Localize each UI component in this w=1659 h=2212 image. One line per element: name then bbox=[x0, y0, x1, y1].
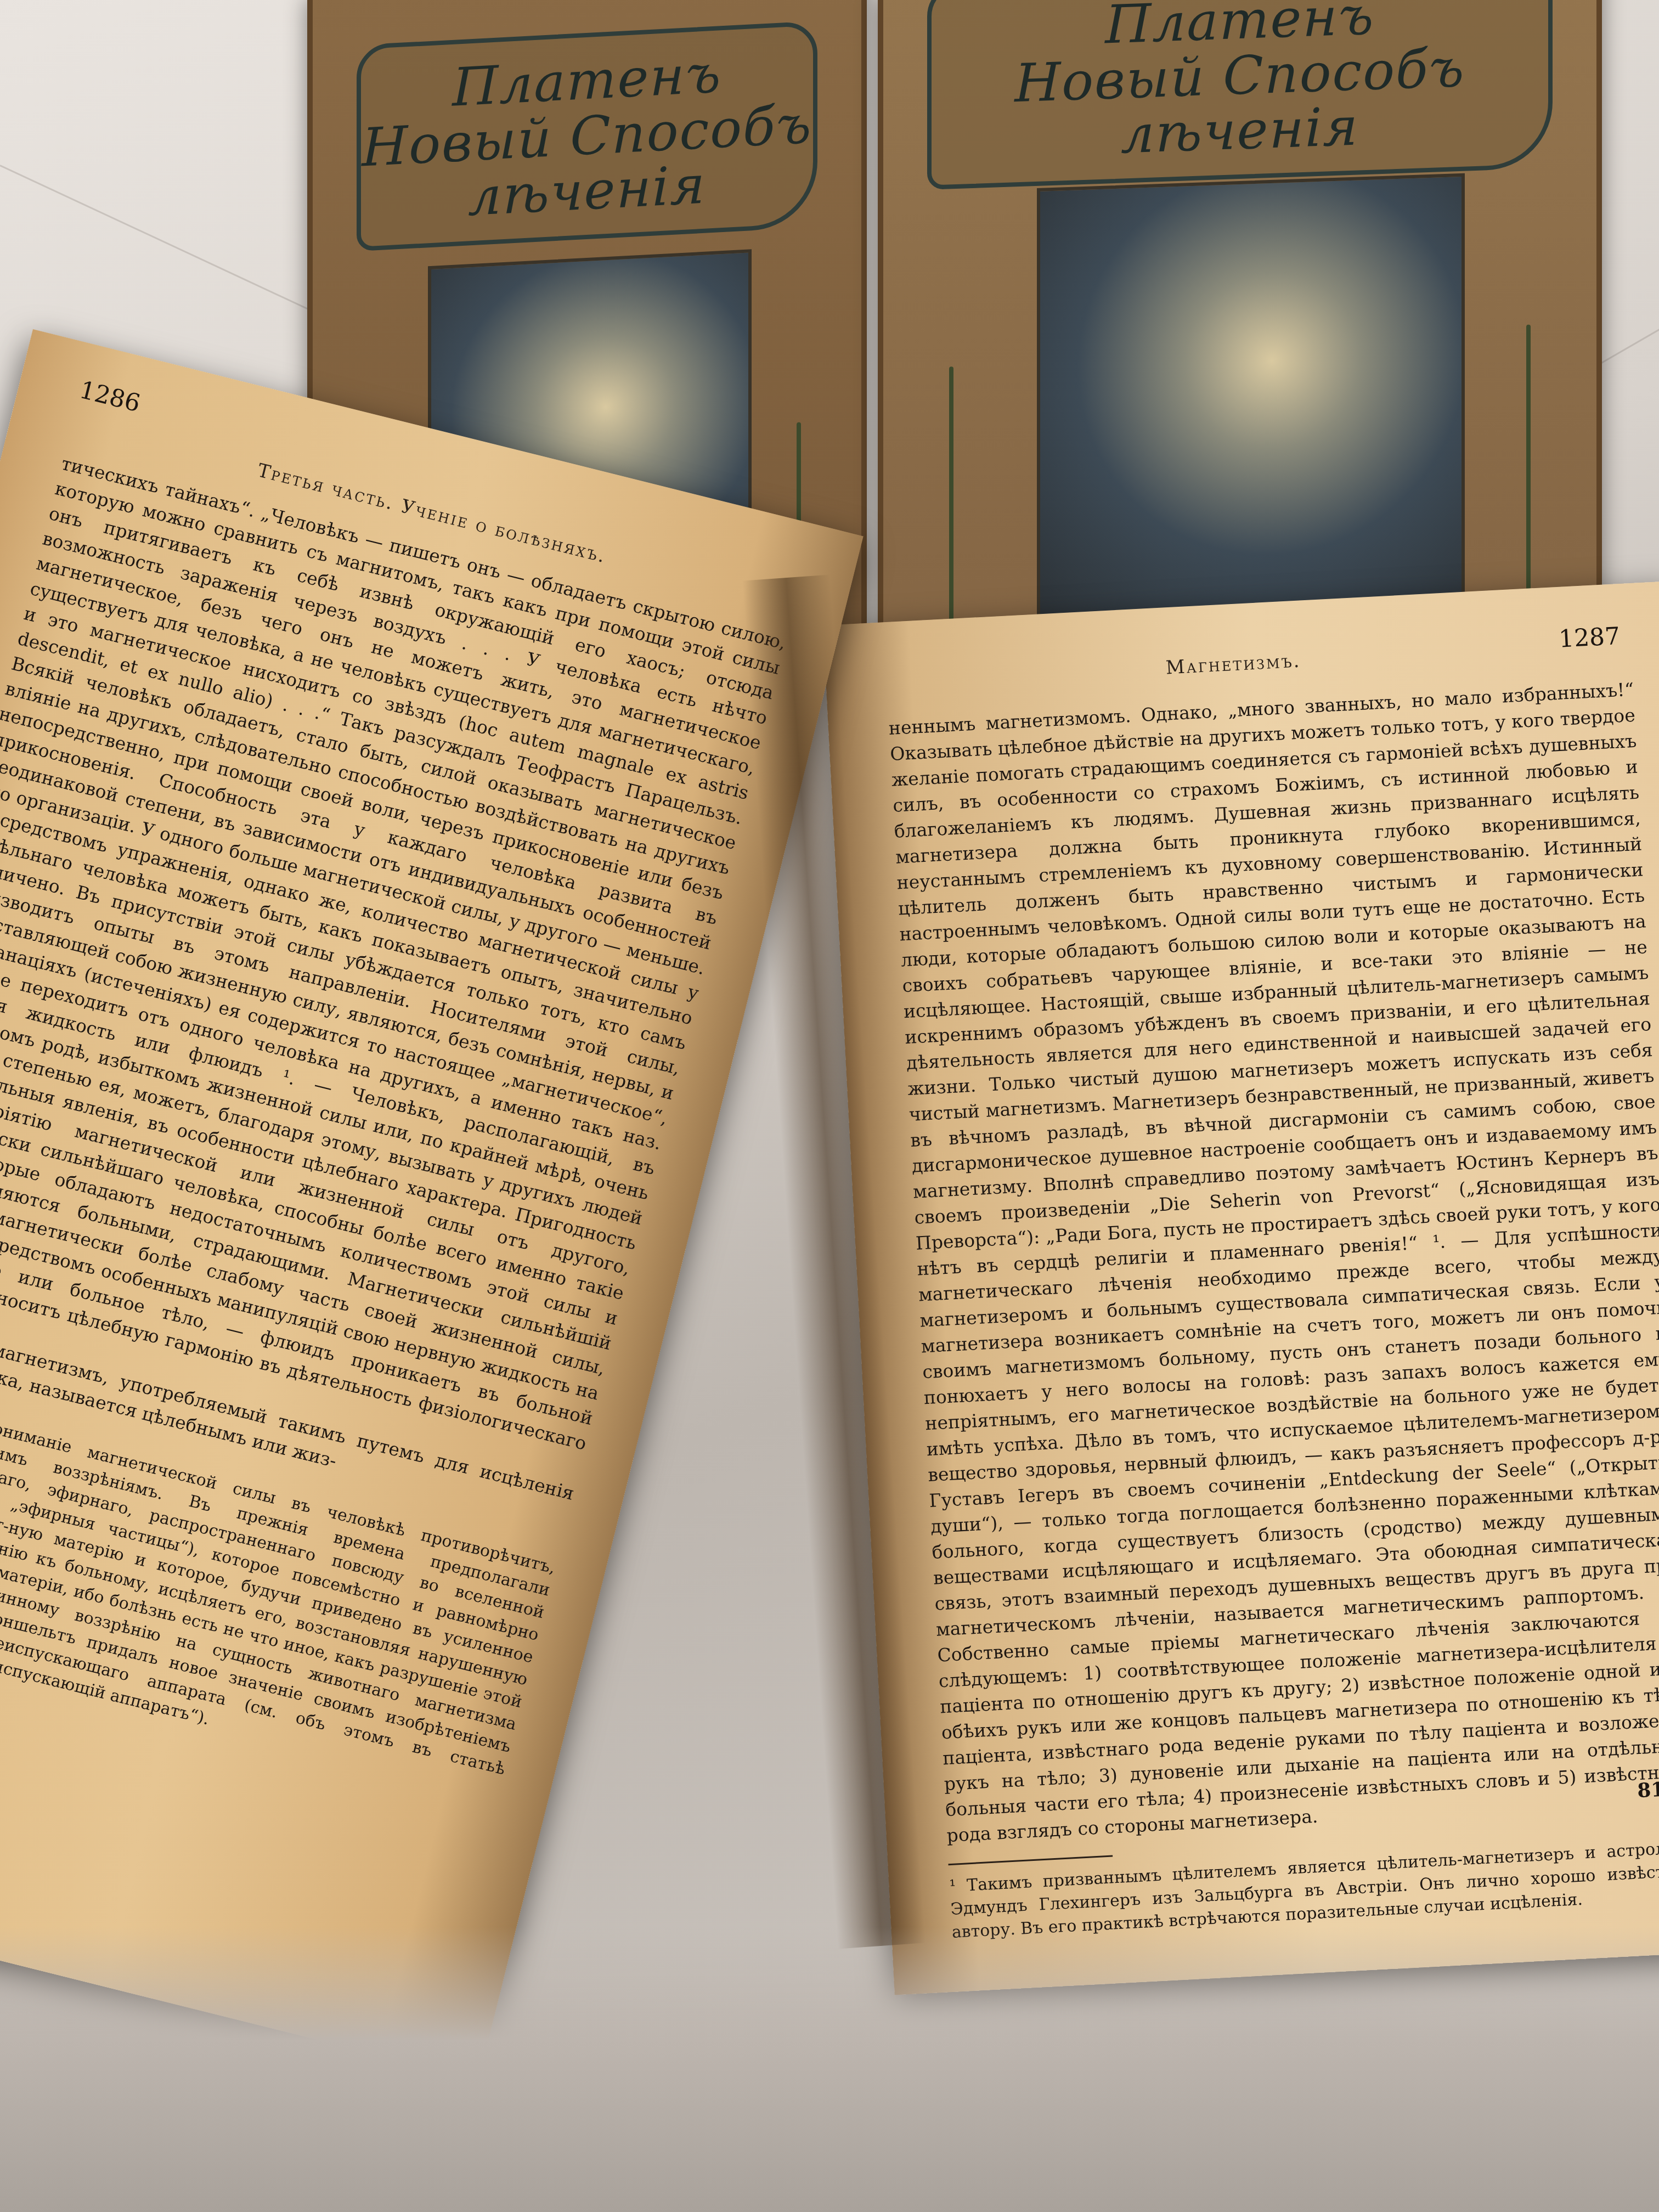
right-page-text: неннымъ магнетизмомъ. Однако, „много зва… bbox=[888, 676, 1659, 1944]
left-page: 1286 Третья часть. Ученіе о болѣзняхъ. т… bbox=[0, 329, 864, 2080]
page-number: 1287 bbox=[1558, 622, 1621, 653]
signature-mark: 81* bbox=[1637, 1778, 1659, 1803]
cover-title-banner: Платенъ Новый Способъ лѣченія bbox=[927, 0, 1553, 190]
right-page: Магнетизмъ. 1287 неннымъ магнетизмомъ. О… bbox=[823, 580, 1659, 1995]
paragraph: тическихъ тайнахъ“. „Человѣкъ — пишетъ о… bbox=[0, 450, 789, 1482]
reed-ornament-icon bbox=[1526, 324, 1531, 631]
reed-ornament-icon bbox=[949, 366, 953, 652]
cover-illustration bbox=[1037, 173, 1465, 638]
left-page-text: тическихъ тайнахъ“. „Человѣкъ — пишетъ о… bbox=[0, 450, 789, 1804]
body-text: неннымъ магнетизмомъ. Однако, „много зва… bbox=[888, 676, 1659, 1848]
cover-title-line: лѣченія bbox=[1121, 99, 1359, 163]
footnote-divider bbox=[948, 1855, 1113, 1865]
marble-table-surface bbox=[0, 1927, 1659, 2212]
paragraph: неннымъ магнетизмомъ. Однако, „много зва… bbox=[888, 676, 1659, 1848]
running-head: Магнетизмъ. bbox=[1165, 650, 1301, 679]
marble-vein bbox=[0, 165, 348, 329]
body-text: тическихъ тайнахъ“. „Человѣкъ — пишетъ о… bbox=[0, 450, 789, 1532]
book-cover-right: Платенъ Новый Способъ лѣченія bbox=[878, 0, 1602, 682]
cover-title-line: лѣченія bbox=[468, 157, 706, 225]
page-number: 1286 bbox=[77, 376, 143, 418]
cover-title-banner: Платенъ Новый Способъ лѣченія bbox=[357, 21, 817, 251]
